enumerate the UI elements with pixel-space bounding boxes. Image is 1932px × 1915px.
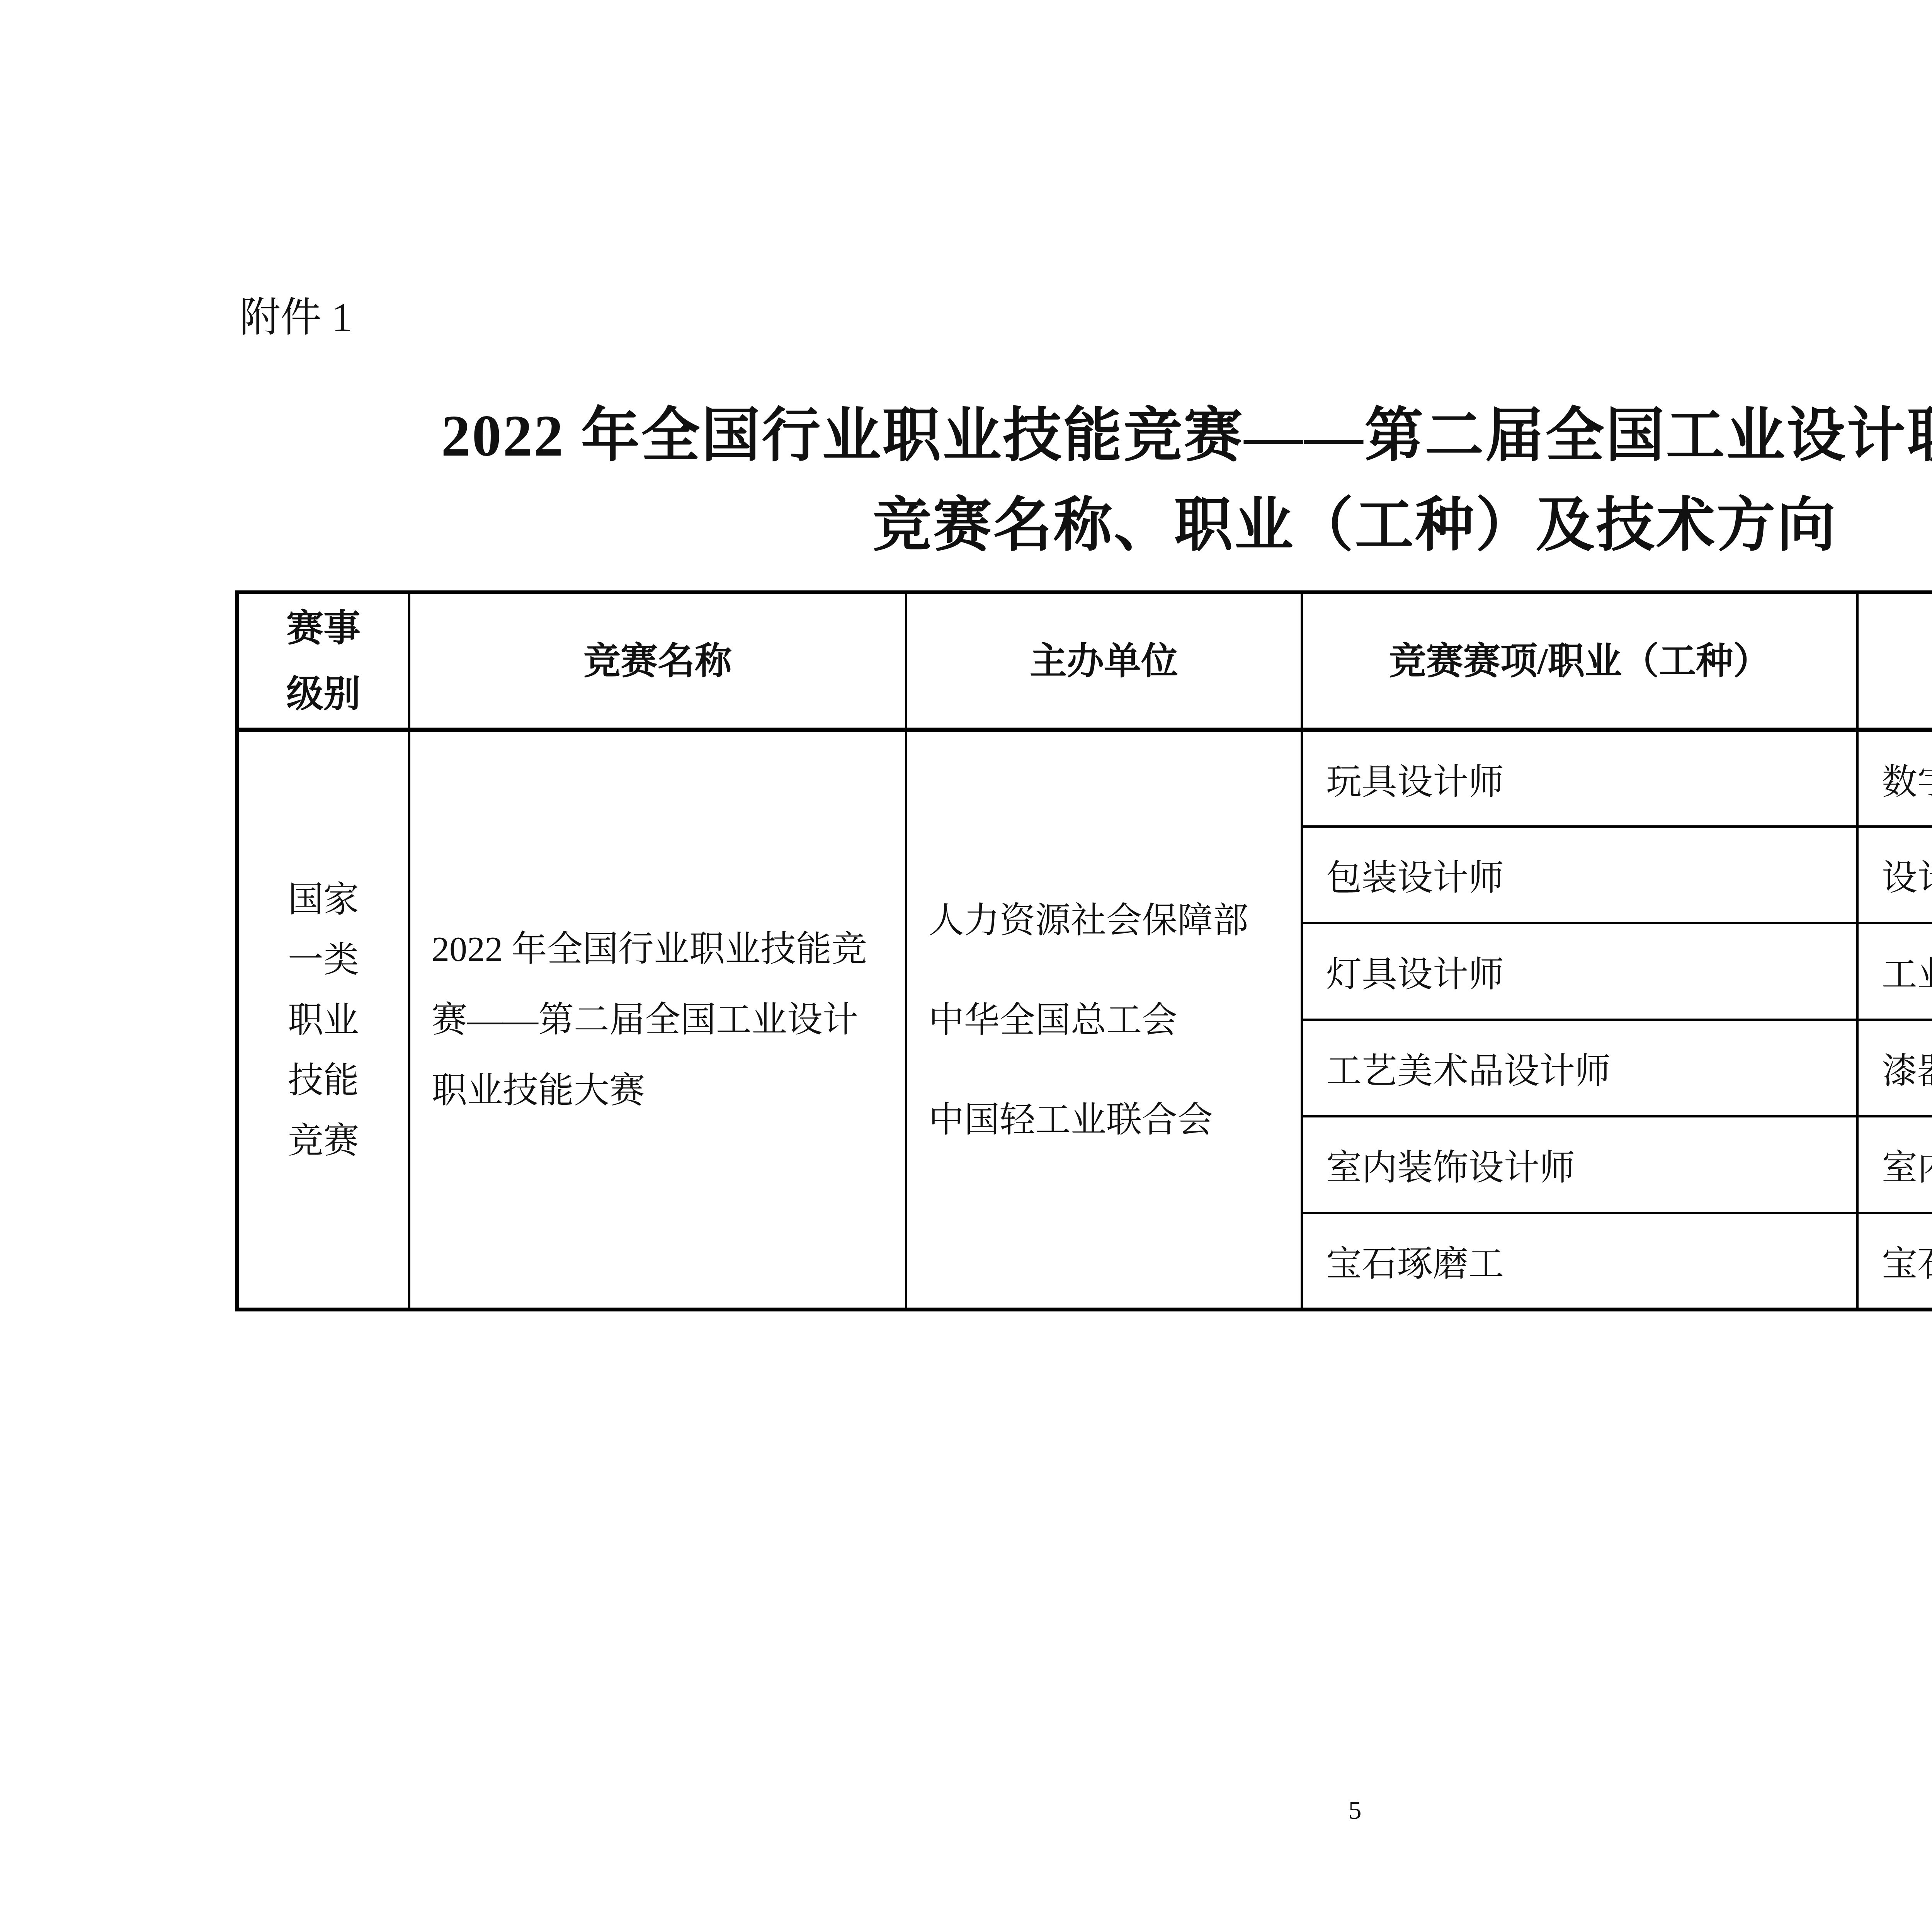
cell-event-level: 国家 一类 职业 技能 竞赛 xyxy=(237,730,409,1310)
cell-occupation: 室内装饰设计师 xyxy=(1302,1116,1857,1213)
header-tech-direction: 技术方向 xyxy=(1857,592,1932,730)
document-page: 附件 1 2022 年全国行业职业技能竞赛——第二届全国工业设计职业技能大赛 竞… xyxy=(0,0,1932,1915)
cell-occupation: 宝石琢磨工 xyxy=(1302,1213,1857,1310)
header-competition-name: 竞赛名称 xyxy=(409,592,906,730)
cell-direction: 数字化设计与制造 xyxy=(1857,730,1932,827)
header-organizer: 主办单位 xyxy=(906,592,1302,730)
attachment-label: 附件 1 xyxy=(240,291,352,345)
header-event-level: 赛事 级别 xyxy=(237,592,409,730)
cell-direction: 工业设计 xyxy=(1857,923,1932,1020)
cell-occupation: 工艺美术品设计师 xyxy=(1302,1020,1857,1116)
table-header-row: 赛事 级别 竞赛名称 主办单位 竞赛赛项/职业（工种） 技术方向 决赛 时间 xyxy=(237,592,1932,730)
cell-direction: 宝石琢型设计与加工 xyxy=(1857,1213,1932,1310)
cell-direction: 室内陈设与空间设计 xyxy=(1857,1116,1932,1213)
cell-direction: 设计+工程 xyxy=(1857,827,1932,923)
cell-occupation: 灯具设计师 xyxy=(1302,923,1857,1020)
header-event-occupation: 竞赛赛项/职业（工种） xyxy=(1302,592,1857,730)
cell-organizer: 人力资源社会保障部 中华全国总工会 中国轻工业联合会 xyxy=(906,730,1302,1310)
cell-competition-name: 2022 年全国行业职业技能竞 赛——第二届全国工业设计 职业技能大赛 xyxy=(409,730,906,1310)
table-row: 国家 一类 职业 技能 竞赛 2022 年全国行业职业技能竞 赛——第二届全国工… xyxy=(237,730,1932,827)
page-number: 5 xyxy=(0,1795,1932,1825)
cell-direction: 漆器设计与制作 xyxy=(1857,1020,1932,1116)
cell-occupation: 玩具设计师 xyxy=(1302,730,1857,827)
cell-occupation: 包装设计师 xyxy=(1302,827,1857,923)
document-title: 2022 年全国行业职业技能竞赛——第二届全国工业设计职业技能大赛 竞赛名称、职… xyxy=(0,391,1932,570)
competition-table: 赛事 级别 竞赛名称 主办单位 竞赛赛项/职业（工种） 技术方向 决赛 时间 国… xyxy=(235,590,1932,1311)
